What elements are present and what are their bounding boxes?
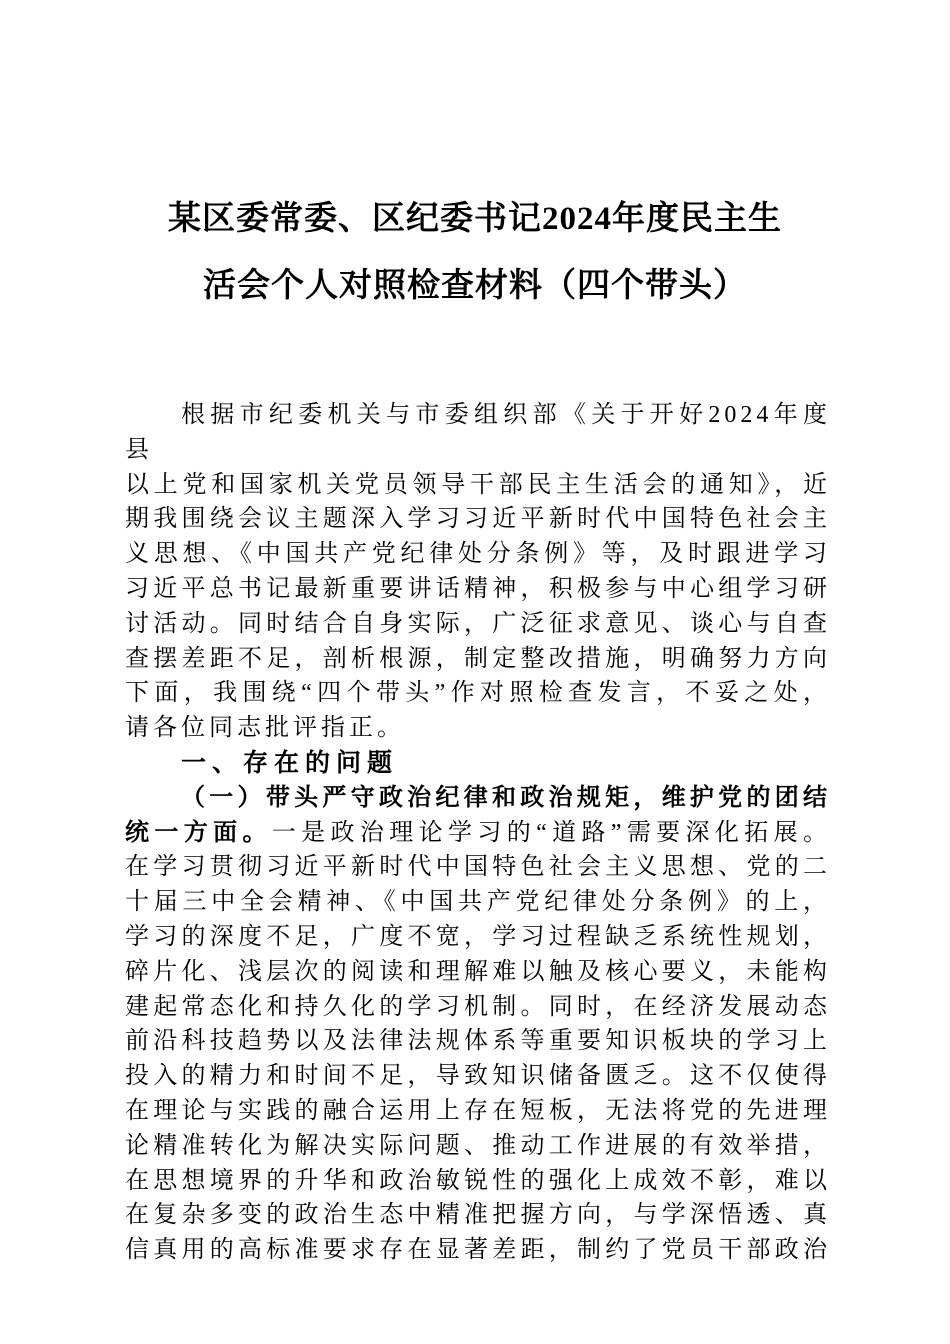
text-line: 在复杂多变的政治生态中精准把握方向，与学深悟透、真 <box>125 1198 831 1233</box>
body-text: 习近平总书记最新重要讲话精神，积极参与中心组学习研 <box>125 576 831 602</box>
body-text: 义思想、《中国共产党纪律处分条例》等，及时跟进学习 <box>125 541 831 567</box>
text-line: 信真用的高标准要求存在显著差距，制约了党员干部政治 <box>125 1233 831 1268</box>
body-text: 前沿科技趋势以及法律法规体系等重要知识板块的学习上 <box>125 1028 831 1054</box>
body-text: 学习的深度不足，广度不宽，学习过程缺乏系统性规划， <box>125 924 831 950</box>
text-line: 投入的精力和时间不足，导致知识储备匮乏。这不仅使得 <box>125 1059 831 1094</box>
text-line: 习近平总书记最新重要讲话精神，积极参与中心组学习研 <box>125 572 831 607</box>
body-text: 讨活动。同时结合自身实际，广泛征求意见、谈心与自查 <box>125 611 831 637</box>
text-line: 在思想境界的升华和政治敏锐性的强化上成效不彰，难以 <box>125 1164 831 1199</box>
text-line: 期我围绕会议主题深入学习习近平新时代中国特色社会主 <box>125 502 831 537</box>
body-text: 碎片化、浅层次的阅读和理解难以触及核心要义，未能构 <box>125 959 831 985</box>
body-text: 根据市纪委机关与市委组织部《关于开好2024年度县 <box>125 402 831 463</box>
body-text: 一是政治理论学习的“道路”需要深化拓展。 <box>272 820 831 846</box>
body-text: 投入的精力和时间不足，导致知识储备匮乏。这不仅使得 <box>125 1063 831 1089</box>
body-text: 在学习贯彻习近平新时代中国特色社会主义思想、党的二 <box>125 854 831 880</box>
text-line: 统一方面。一是政治理论学习的“道路”需要深化拓展。 <box>125 816 831 851</box>
text-line: 根据市纪委机关与市委组织部《关于开好2024年度县 <box>125 398 831 468</box>
text-line: 建起常态化和持久化的学习机制。同时，在经济发展动态 <box>125 990 831 1025</box>
body-text: 十届三中全会精神、《中国共产党纪律处分条例》的上， <box>125 889 831 915</box>
section-heading: 一、存在的问题 <box>125 746 831 781</box>
text-line: 查摆差距不足，剖析根源，制定整改措施，明确努力方向 <box>125 642 831 677</box>
text-line: 论精准转化为解决实际问题、推动工作进展的有效举措， <box>125 1129 831 1164</box>
body-text: 查摆差距不足，剖析根源，制定整改措施，明确努力方向 <box>125 646 831 672</box>
body-text: 期我围绕会议主题深入学习习近平新时代中国特色社会主 <box>125 506 831 532</box>
text-line: 在理论与实践的融合运用上存在短板，无法将党的先进理 <box>125 1094 831 1129</box>
body-text: 信真用的高标准要求存在显著差距，制约了党员干部政治 <box>125 1237 831 1263</box>
text-line: 碎片化、浅层次的阅读和理解难以触及核心要义，未能构 <box>125 955 831 990</box>
body-text: 论精准转化为解决实际问题、推动工作进展的有效举措， <box>125 1133 831 1159</box>
text-line: 前沿科技趋势以及法律法规体系等重要知识板块的学习上 <box>125 1024 831 1059</box>
body-text: 请各位同志批评指正。 <box>125 715 405 741</box>
text-line: 十届三中全会精神、《中国共产党纪律处分条例》的上， <box>125 885 831 920</box>
text-line: 学习的深度不足，广度不宽，学习过程缺乏系统性规划， <box>125 920 831 955</box>
text-line: （一）带头严守政治纪律和政治规矩，维护党的团结 <box>125 781 831 816</box>
document-body: 根据市纪委机关与市委组织部《关于开好2024年度县以上党和国家机关党员领导干部民… <box>125 398 831 1268</box>
document-title-line-1: 某区委常委、区纪委书记2024年度民主生 <box>0 186 950 253</box>
document-title-line-2: 活会个人对照检查材料（四个带头） <box>0 253 950 320</box>
text-line: 下面，我围绕“四个带头”作对照检查发言，不妥之处， <box>125 676 831 711</box>
body-text: 在理论与实践的融合运用上存在短板，无法将党的先进理 <box>125 1098 831 1124</box>
document-page: 某区委常委、区纪委书记2024年度民主生 活会个人对照检查材料（四个带头） 根据… <box>0 0 950 1344</box>
document-title: 某区委常委、区纪委书记2024年度民主生 活会个人对照检查材料（四个带头） <box>0 186 950 320</box>
emphasis-text: 统一方面。 <box>125 820 272 846</box>
body-text: 在复杂多变的政治生态中精准把握方向，与学深悟透、真 <box>125 1202 831 1228</box>
body-text: 下面，我围绕“四个带头”作对照检查发言，不妥之处， <box>125 680 831 706</box>
text-line: 以上党和国家机关党员领导干部民主生活会的通知》，近 <box>125 468 831 503</box>
body-text: 在思想境界的升华和政治敏锐性的强化上成效不彰，难以 <box>125 1168 831 1194</box>
body-text: 以上党和国家机关党员领导干部民主生活会的通知》，近 <box>125 472 831 498</box>
body-text: 建起常态化和持久化的学习机制。同时，在经济发展动态 <box>125 994 831 1020</box>
text-line: 讨活动。同时结合自身实际，广泛征求意见、谈心与自查 <box>125 607 831 642</box>
text-line: 义思想、《中国共产党纪律处分条例》等，及时跟进学习 <box>125 537 831 572</box>
emphasis-text: （一）带头严守政治纪律和政治规矩，维护党的团结 <box>181 785 831 811</box>
text-line: 在学习贯彻习近平新时代中国特色社会主义思想、党的二 <box>125 850 831 885</box>
text-line: 请各位同志批评指正。 <box>125 711 831 746</box>
